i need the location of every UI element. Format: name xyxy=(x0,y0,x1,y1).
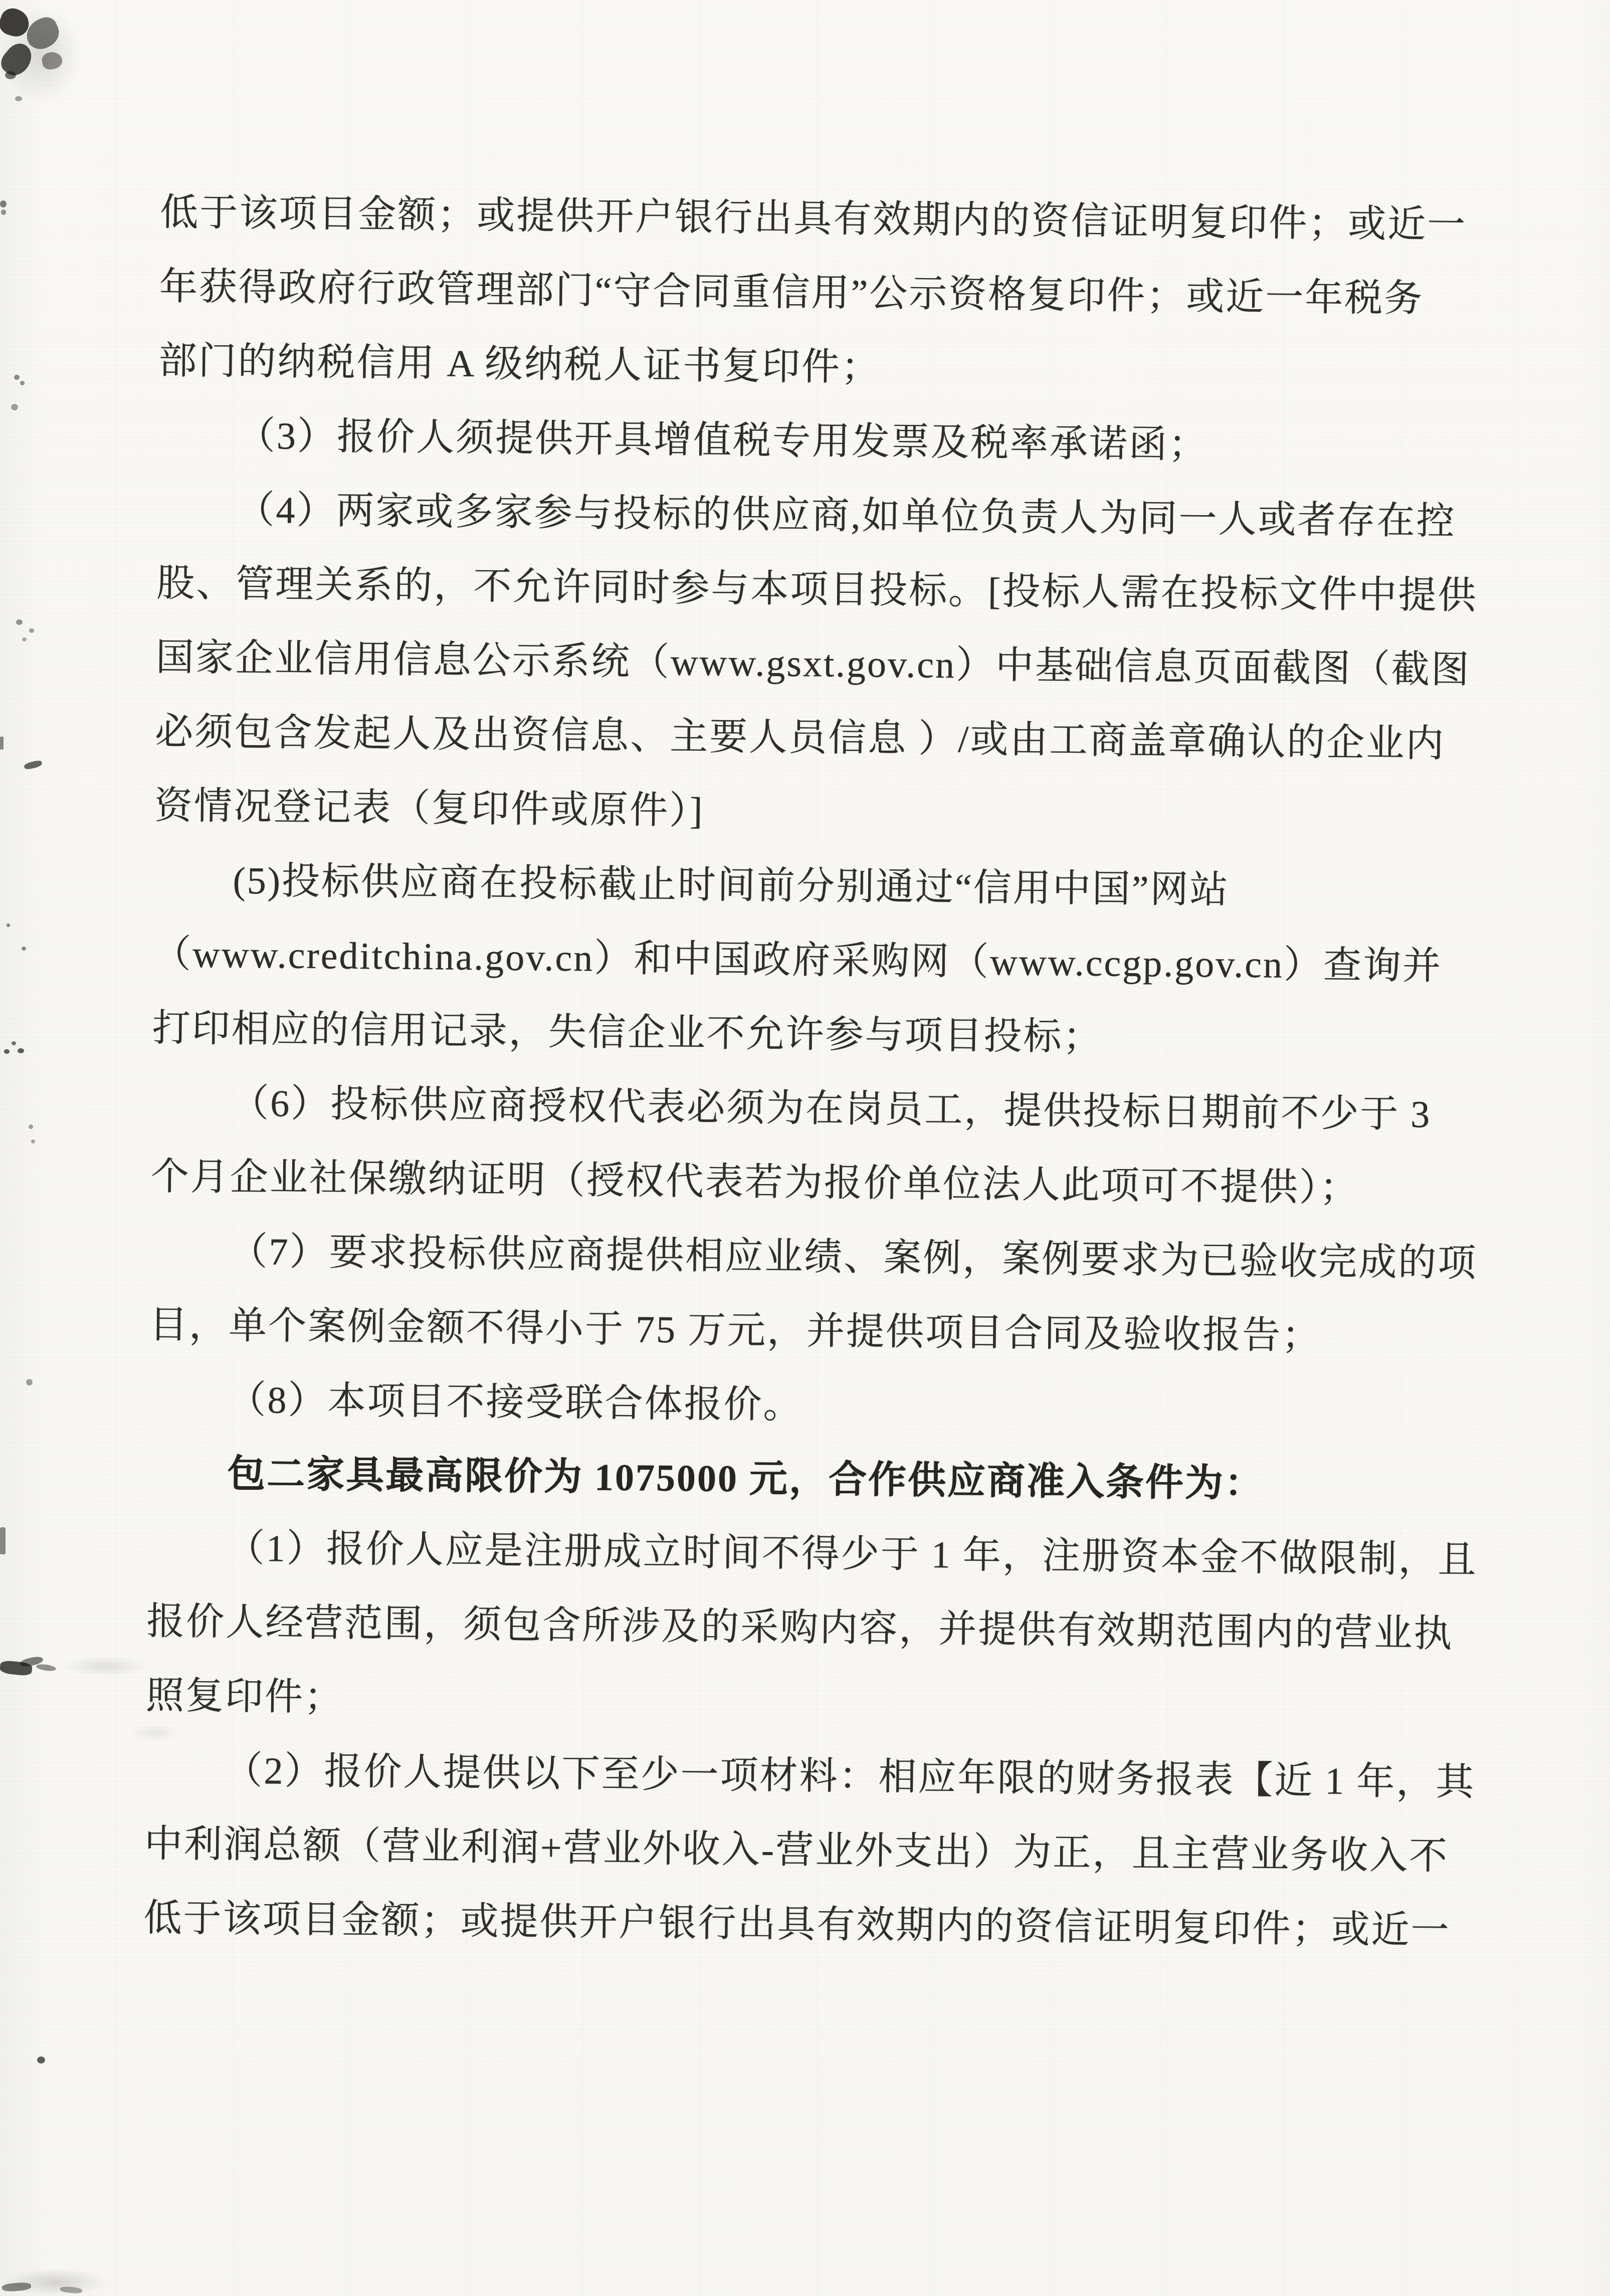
text-line-03: 部门的纳税信用 A 级纳税人证书复印件； xyxy=(158,324,1512,411)
text-line-06: 股、管理关系的，不允许同时参与本项目投标。[投标人需在投标文件中提供 xyxy=(156,546,1510,633)
scanned-page: { "page": { "kind": "scanned tender docu… xyxy=(0,0,1610,2296)
text-line-12: 打印相应的信用记录，失信企业不允许参与项目投标； xyxy=(152,991,1506,1078)
text-line-24: 低于该项目金额；或提供开户银行出具有效期内的资信证明复印件；或近一 xyxy=(143,1881,1497,1968)
text-line-22: （2）报价人提供以下至少一项材料：相应年限的财务报表【近 1 年，其 xyxy=(145,1733,1499,1820)
document-text: 低于该项目金额；或提供开户银行出具有效期内的资信证明复印件；或近一 年获得政府行… xyxy=(143,175,1514,1968)
text-line-17: （8）本项目不接受联合体报价。 xyxy=(148,1362,1502,1449)
text-line-20: 报价人经营范围，须包含所涉及的采购内容，并提供有效期范围内的营业执 xyxy=(146,1584,1500,1672)
text-line-11: （www.creditchina.gov.cn）和中国政府采购网（www.ccg… xyxy=(152,917,1506,1004)
text-line-18-max-price: 包二家具最高限价为 1075000 元，合作供应商准入条件为： xyxy=(147,1436,1501,1523)
text-line-09: 资情况登记表（复印件或原件）] xyxy=(154,769,1508,856)
text-line-15: （7）要求投标供应商提供相应业绩、案例，案例要求为已验收完成的项 xyxy=(150,1214,1504,1301)
text-line-10: (5)投标供应商在投标截止时间前分别通过“信用中国”网站 xyxy=(153,843,1507,930)
text-line-04: （3）报价人须提供开具增值税专用发票及税率承诺函； xyxy=(157,398,1511,485)
text-line-21: 照复印件； xyxy=(145,1659,1499,1746)
text-line-05: （4）两家或多家参与投标的供应商,如单位负责人为同一人或者存在控 xyxy=(157,472,1511,559)
text-line-02: 年获得政府行政管理部门“守合同重信用”公示资格复印件；或近一年税务 xyxy=(159,250,1513,337)
text-line-23: 中利润总额（营业利润+营业外收入-营业外支出）为正，且主营业务收入不 xyxy=(144,1807,1498,1894)
text-line-07: 国家企业信用信息公示系统（www.gsxt.gov.cn）中基础信息页面截图（截… xyxy=(155,620,1509,708)
text-line-13: （6）投标供应商授权代表必须为在岗员工，提供投标日期前不少于 3 xyxy=(151,1065,1505,1153)
text-line-19: （1）报价人应是注册成立时间不得少于 1 年，注册资本金不做限制，且 xyxy=(147,1510,1501,1597)
text-line-08: 必须包含发起人及出资信息、主要人员信息 ）/或由工商盖章确认的企业内 xyxy=(155,695,1509,782)
text-line-16: 目，单个案例金额不得小于 75 万元，并提供项目合同及验收报告； xyxy=(149,1288,1503,1375)
text-line-01: 低于该项目金额；或提供开户银行出具有效期内的资信证明复印件；或近一 xyxy=(160,175,1514,263)
text-line-14: 个月企业社保缴纳证明（授权代表若为报价单位法人此项可不提供）； xyxy=(150,1139,1504,1227)
